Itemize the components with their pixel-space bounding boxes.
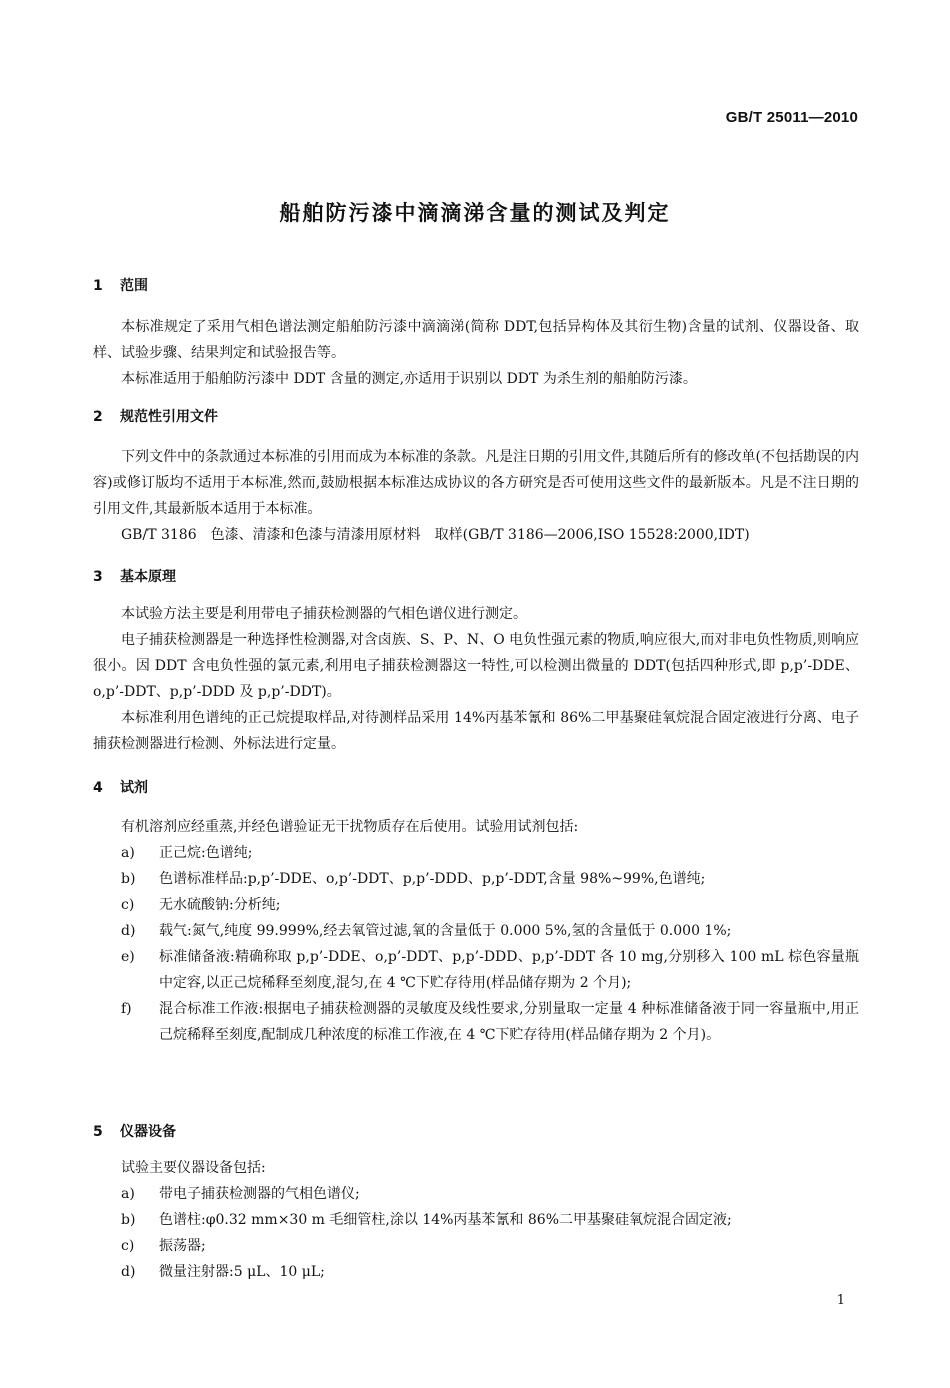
- item-text: 色谱标准样品:p,p’-DDE、o,p’-DDT、p,p’-DDD、p,p’-D…: [159, 871, 705, 887]
- section-title: 试剂: [120, 780, 148, 796]
- section-3-body: 本试验方法主要是利用带电子捕获检测器的气相色谱仪进行测定。 电子捕获检测器是一种…: [93, 601, 859, 757]
- section-2-body: 下列文件中的条款通过本标准的引用而成为本标准的条款。凡是注日期的引用文件,其随后…: [93, 444, 859, 548]
- section-4-heading: 4试剂: [93, 778, 859, 798]
- paragraph: 本试验方法主要是利用带电子捕获检测器的气相色谱仪进行测定。: [93, 601, 859, 627]
- list-item: b) 色谱柱:φ0.32 mm×30 m 毛细管柱,涂以 14%丙基苯氰和 86…: [93, 1207, 859, 1233]
- section-number: 3: [93, 567, 120, 587]
- item-marker: e): [121, 944, 135, 970]
- list-item: d) 载气:氮气,纯度 99.999%,经去氧管过滤,氧的含量低于 0.000 …: [93, 918, 859, 944]
- item-marker: c): [121, 892, 134, 918]
- paragraph: 本标准利用色谱纯的正己烷提取样品,对待测样品采用 14%丙基苯氰和 86%二甲基…: [93, 705, 859, 757]
- list-item: f) 混合标准工作液:根据电子捕获检测器的灵敏度及线性要求,分别量取一定量 4 …: [93, 996, 859, 1048]
- section-5-heading: 5仪器设备: [93, 1122, 859, 1142]
- section-2-heading: 2规范性引用文件: [93, 407, 859, 427]
- item-text: 色谱柱:φ0.32 mm×30 m 毛细管柱,涂以 14%丙基苯氰和 86%二甲…: [159, 1212, 732, 1228]
- item-text: 微量注射器:5 μL、10 μL;: [159, 1264, 325, 1280]
- item-marker: a): [121, 1181, 135, 1207]
- section-4-body: 有机溶剂应经重蒸,并经色谱验证无干扰物质存在后使用。试验用试剂包括: a) 正己…: [93, 814, 859, 1048]
- item-text: 混合标准工作液:根据电子捕获检测器的灵敏度及线性要求,分别量取一定量 4 种标准…: [159, 1001, 859, 1043]
- section-3-heading: 3基本原理: [93, 567, 859, 587]
- item-text: 正己烷:色谱纯;: [159, 845, 252, 861]
- normative-reference: GB/T 3186 色漆、清漆和色漆与清漆用原材料 取样(GB/T 3186—2…: [93, 522, 859, 548]
- item-text: 带电子捕获检测器的气相色谱仪;: [159, 1186, 360, 1202]
- section-number: 5: [93, 1122, 120, 1142]
- paragraph: 电子捕获检测器是一种选择性检测器,对含卤族、S、P、N、O 电负性强元素的物质,…: [93, 627, 859, 705]
- section-1-heading: 1范围: [93, 276, 859, 296]
- section-title: 基本原理: [120, 569, 176, 585]
- list-item: e) 标准储备液:精确称取 p,p’-DDE、o,p’-DDT、p,p’-DDD…: [93, 944, 859, 996]
- paragraph: 试验主要仪器设备包括:: [93, 1155, 859, 1181]
- section-5-body: 试验主要仪器设备包括: a) 带电子捕获检测器的气相色谱仪; b) 色谱柱:φ0…: [93, 1155, 859, 1285]
- item-marker: b): [121, 866, 135, 892]
- list-item: c) 无水硫酸钠:分析纯;: [93, 892, 859, 918]
- section-title: 规范性引用文件: [120, 409, 218, 425]
- item-text: 振荡器;: [159, 1238, 206, 1254]
- item-text: 无水硫酸钠:分析纯;: [159, 897, 280, 913]
- section-number: 2: [93, 407, 120, 427]
- list-item: b) 色谱标准样品:p,p’-DDE、o,p’-DDT、p,p’-DDD、p,p…: [93, 866, 859, 892]
- paragraph: 下列文件中的条款通过本标准的引用而成为本标准的条款。凡是注日期的引用文件,其随后…: [93, 444, 859, 522]
- paragraph: 有机溶剂应经重蒸,并经色谱验证无干扰物质存在后使用。试验用试剂包括:: [93, 814, 859, 840]
- list-item: a) 正己烷:色谱纯;: [93, 840, 859, 866]
- item-marker: c): [121, 1233, 134, 1259]
- list-item: a) 带电子捕获检测器的气相色谱仪;: [93, 1181, 859, 1207]
- item-marker: b): [121, 1207, 135, 1233]
- item-marker: d): [121, 1259, 135, 1285]
- paragraph: 本标准规定了采用气相色谱法测定船舶防污漆中滴滴涕(简称 DDT,包括异构体及其衍…: [93, 314, 859, 366]
- section-1-body: 本标准规定了采用气相色谱法测定船舶防污漆中滴滴涕(简称 DDT,包括异构体及其衍…: [93, 314, 859, 392]
- section-number: 1: [93, 276, 120, 296]
- paragraph: 本标准适用于船舶防污漆中 DDT 含量的测定,亦适用于识别以 DDT 为杀生剂的…: [93, 366, 859, 392]
- list-item: c) 振荡器;: [93, 1233, 859, 1259]
- standard-code: GB/T 25011—2010: [726, 109, 858, 126]
- item-text: 载气:氮气,纯度 99.999%,经去氧管过滤,氧的含量低于 0.000 5%,…: [159, 923, 731, 939]
- section-title: 仪器设备: [120, 1124, 176, 1140]
- item-text: 标准储备液:精确称取 p,p’-DDE、o,p’-DDT、p,p’-DDD、p,…: [159, 949, 859, 991]
- document-title: 船舶防污漆中滴滴涕含量的测试及判定: [0, 197, 950, 227]
- item-marker: d): [121, 918, 135, 944]
- list-item: d) 微量注射器:5 μL、10 μL;: [93, 1259, 859, 1285]
- section-title: 范围: [120, 278, 148, 294]
- section-number: 4: [93, 778, 120, 798]
- item-marker: a): [121, 840, 135, 866]
- page-number: 1: [837, 1293, 845, 1308]
- item-marker: f): [121, 996, 132, 1022]
